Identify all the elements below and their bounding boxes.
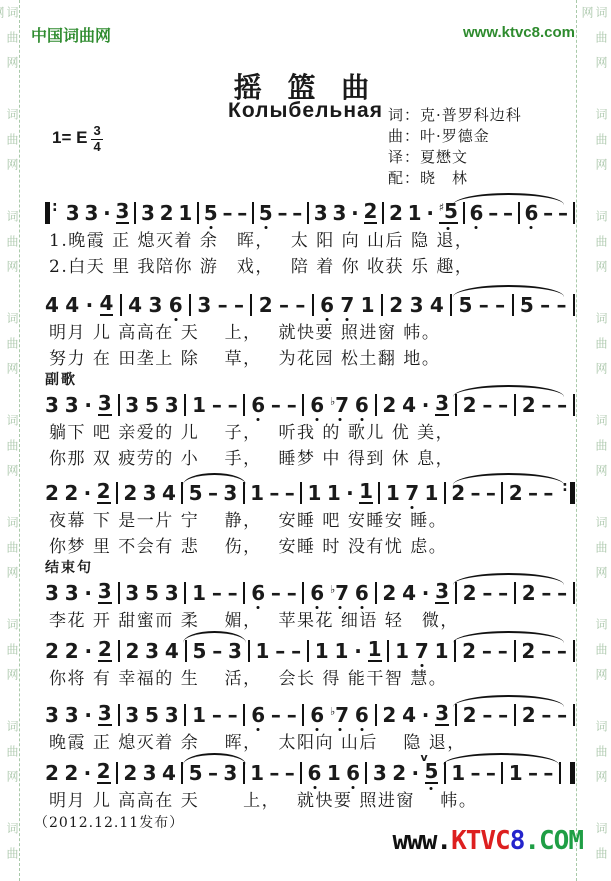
barline: [134, 202, 136, 224]
credit-lyricist: 词：克·普罗科边科: [388, 105, 522, 126]
lyric-line: 你梦 里 不会有 悲 伤， 安睡 时 没有忧 虑。: [45, 534, 575, 560]
dot: ·: [351, 202, 359, 224]
note: 3: [435, 702, 449, 726]
note: 2: [451, 482, 465, 504]
notation-line: 22·22345–31––11·11712––2––: [45, 634, 575, 664]
note: 7: [340, 294, 354, 316]
key-tonic: 1= E: [52, 128, 87, 147]
barline: [501, 762, 503, 784]
tie-arc: [453, 695, 564, 707]
note: 1: [425, 482, 439, 504]
dash: –: [482, 582, 492, 604]
dash: –: [212, 640, 222, 662]
note: 1: [408, 202, 422, 224]
right-watermark-rail: 词曲网 词曲网 词曲网 词曲网 词曲网 词曲网 词曲网 词曲网 词曲网: [592, 6, 608, 881]
note: 3: [223, 762, 237, 784]
lyric-line: 夜幕 下 是一片 宁 静， 安睡 吧 安睡安 睡。: [45, 508, 575, 534]
note: 1: [451, 762, 465, 784]
dash: –: [277, 202, 287, 224]
barline: [501, 482, 503, 504]
barline: [243, 394, 245, 416]
dash: –: [285, 762, 295, 784]
barline: [382, 202, 384, 224]
dot: ·: [84, 582, 92, 604]
note: 3: [223, 482, 237, 504]
note: 2: [392, 762, 406, 784]
note: ♭7: [330, 579, 349, 604]
lyric-line: 努力 在 田垄上 除 草， 为花园 松土翻 地。: [45, 346, 575, 372]
repeat-end-barline: [559, 482, 575, 504]
barline: [184, 704, 186, 726]
dot: ·: [412, 762, 420, 784]
dash: –: [237, 202, 247, 224]
dash: –: [488, 202, 498, 224]
dash: –: [557, 704, 567, 726]
dot: ·: [84, 704, 92, 726]
note: 1: [435, 640, 449, 662]
logo-segment: 8: [510, 826, 525, 856]
notation-line: 44·44363––2––6712345––5––: [45, 288, 575, 318]
barline: [248, 640, 250, 662]
dash: –: [271, 704, 281, 726]
dash: –: [291, 640, 301, 662]
note: 3: [228, 640, 242, 662]
dash: –: [541, 704, 551, 726]
dash: –: [234, 294, 244, 316]
dot: ·: [84, 640, 92, 662]
dash: –: [208, 482, 218, 504]
music-system: 22·22345–31––11·11712––2––你将 有 幸福的 生 活， …: [45, 634, 575, 692]
barline: [116, 482, 118, 504]
dot: ·: [422, 394, 430, 416]
site-name-link[interactable]: 中国词曲网: [31, 23, 111, 46]
barline: [185, 640, 187, 662]
note: 1: [386, 482, 400, 504]
dot: ·: [103, 202, 111, 224]
logo-segment: www.: [392, 826, 451, 856]
note: 2: [45, 762, 59, 784]
note: 5: [204, 202, 218, 224]
note: 4: [402, 704, 416, 726]
note: 2: [45, 640, 59, 662]
site-url-link[interactable]: www.ktvc8.com: [463, 24, 575, 41]
barline: [116, 762, 118, 784]
dash: –: [269, 762, 279, 784]
dash: –: [279, 294, 289, 316]
dash: –: [541, 394, 551, 416]
barline: [189, 294, 191, 316]
barline: [307, 640, 309, 662]
barline: [454, 640, 456, 662]
barline: [302, 394, 304, 416]
note: 1: [192, 582, 206, 604]
note: 6: [251, 582, 265, 604]
dash: –: [482, 704, 492, 726]
note: 4: [162, 482, 176, 504]
note: 6: [308, 762, 322, 784]
note: 3: [165, 704, 179, 726]
barline: [450, 294, 452, 316]
note: 5: [189, 482, 203, 504]
note: 3: [197, 294, 211, 316]
barline: [455, 394, 457, 416]
note: 6: [355, 704, 369, 726]
note: 5: [145, 394, 159, 416]
note: 6: [251, 394, 265, 416]
note: 6: [355, 394, 369, 416]
tie-arc: [183, 473, 247, 485]
barline: [514, 640, 516, 662]
dash: –: [287, 704, 297, 726]
note: 5: [192, 640, 206, 662]
dash: –: [558, 202, 568, 224]
dot: ·: [84, 394, 92, 416]
dash: –: [498, 582, 508, 604]
music-system: 结束句33·33531––6––6♭7624·32––2––李花 开 甜蜜而 柔…: [45, 560, 575, 634]
dash: –: [287, 582, 297, 604]
note: 2: [123, 762, 137, 784]
barline: [512, 294, 514, 316]
barline: [243, 704, 245, 726]
dash: –: [295, 294, 305, 316]
barline: [243, 762, 245, 784]
dash: –: [528, 482, 538, 504]
lyric-line: 1.晚霞 正 熄灭着 余 晖， 太 阳 向 山后 隐 退，: [45, 228, 575, 254]
note: 1: [178, 202, 192, 224]
note: 6: [169, 294, 183, 316]
dash: –: [471, 762, 481, 784]
notation-line: 33·33531––6––6♭7624·32––2––: [45, 388, 575, 418]
note: 1: [368, 638, 382, 662]
note: 3: [98, 580, 112, 604]
note: 5: [145, 704, 159, 726]
note: 3: [373, 762, 387, 784]
sheet-music-page: 词曲网 词曲网 词曲网 词曲网 词曲网 词曲网 词曲网 词曲网 词曲网 词曲网 …: [0, 0, 611, 881]
note: 3: [116, 200, 130, 224]
note: 3: [143, 482, 157, 504]
note: 4: [402, 582, 416, 604]
dot: ·: [86, 294, 94, 316]
note: 7: [415, 640, 429, 662]
note: 3: [65, 394, 79, 416]
barline: [300, 482, 302, 504]
barline: [302, 704, 304, 726]
tie-arc: [453, 193, 564, 205]
note: 6: [524, 202, 538, 224]
note: 3: [410, 294, 424, 316]
note: 1: [308, 482, 322, 504]
note: 5: [520, 294, 534, 316]
dash: –: [528, 762, 538, 784]
note: 3: [143, 762, 157, 784]
lyric-line: 2.白天 里 我陪你 游 戏， 陪 着 你 收获 乐 趣，: [45, 254, 575, 280]
dash: –: [543, 762, 553, 784]
note: 1: [359, 480, 373, 504]
barline: [243, 582, 245, 604]
note: 6: [355, 582, 369, 604]
note: 2: [382, 582, 396, 604]
note: 1: [315, 640, 329, 662]
publish-date: （2012.12.11发布）: [34, 812, 184, 832]
dash: –: [486, 482, 496, 504]
barline: [120, 294, 122, 316]
repeat-begin-barline: [45, 202, 61, 224]
music-system: 22·22345–31––11·11712––2––夜幕 下 是一片 宁 静， …: [45, 476, 575, 560]
dash: –: [269, 482, 279, 504]
meter-denominator: 4: [91, 140, 102, 154]
lyric-line: 李花 开 甜蜜而 柔 媚， 苹果花 细语 轻 微，: [45, 608, 575, 634]
note: 6: [346, 762, 360, 784]
dash: –: [275, 640, 285, 662]
note: 1: [395, 640, 409, 662]
dot: ·: [422, 582, 430, 604]
dot: ·: [84, 762, 92, 784]
dash: –: [228, 704, 238, 726]
note: 3: [314, 202, 328, 224]
note: 2: [462, 640, 476, 662]
dash: –: [498, 640, 508, 662]
dash: –: [541, 582, 551, 604]
note: 7: [405, 482, 419, 504]
lyric-line: 你将 有 幸福的 生 活， 会长 得 能干智 慧。: [45, 666, 575, 692]
right-dashed-border: [576, 0, 577, 881]
note: 3: [98, 392, 112, 416]
note: 2: [125, 640, 139, 662]
barline: [573, 704, 575, 726]
dash: –: [285, 482, 295, 504]
ktvc8-logo-link[interactable]: www.KTVC8.COM: [392, 826, 583, 856]
note: 2: [98, 638, 112, 662]
barline: [118, 394, 120, 416]
barline: [197, 202, 199, 224]
logo-segment: KTVC: [451, 826, 510, 856]
barline: [118, 582, 120, 604]
dash: –: [212, 704, 222, 726]
left-watermark-rail: 词曲网 词曲网 词曲网 词曲网 词曲网 词曲网 词曲网 词曲网 词曲网: [3, 6, 19, 881]
barline: [184, 394, 186, 416]
tie-arc: [453, 473, 564, 485]
dash: –: [228, 582, 238, 604]
dash: –: [218, 294, 228, 316]
music-systems: 33·33215––5––33·221·♯56––6––1.晚霞 正 熄灭着 余…: [45, 196, 575, 814]
barline: [375, 704, 377, 726]
note: 3: [148, 294, 162, 316]
note: 1: [334, 640, 348, 662]
note: 6: [470, 202, 484, 224]
notation-line: 33·33531––6––6♭7624·32––2––: [45, 576, 575, 606]
barline: [118, 704, 120, 726]
note: 3: [45, 394, 59, 416]
barline: [250, 294, 252, 316]
barline: [378, 482, 380, 504]
dash: –: [540, 294, 550, 316]
lyric-line: 你那 双 疲劳的 小 手， 睡梦 中 得到 休 息，: [45, 446, 575, 472]
note: 1: [361, 294, 375, 316]
note: 6: [251, 704, 265, 726]
note: 3: [45, 582, 59, 604]
dash: –: [498, 394, 508, 416]
credits-block: 词：克·普罗科边科 曲：叶·罗德金 译：夏懋文 配：晓 林: [388, 105, 522, 189]
note: 3: [435, 580, 449, 604]
note: 2: [64, 482, 78, 504]
logo-segment: .COM: [524, 826, 583, 856]
note: 3: [98, 702, 112, 726]
dash: –: [486, 762, 496, 784]
dash: –: [228, 394, 238, 416]
note: 6: [310, 394, 324, 416]
barline: [300, 762, 302, 784]
note: 4: [65, 294, 79, 316]
note: 1: [250, 482, 264, 504]
music-system: 副歌33·33531––6––6♭7624·32––2––躺下 吧 亲爱的 儿 …: [45, 372, 575, 472]
dot: ·: [422, 704, 430, 726]
music-system: 33·33215––5––33·221·♯56––6––1.晚霞 正 熄灭着 余…: [45, 196, 575, 280]
note: 3: [65, 704, 79, 726]
dash: –: [495, 294, 505, 316]
note: 3: [125, 394, 139, 416]
meter-numerator: 3: [91, 124, 102, 140]
barline: [573, 294, 575, 316]
note: 2: [45, 482, 59, 504]
dash: –: [479, 294, 489, 316]
barline: [302, 582, 304, 604]
tie-arc: [453, 285, 564, 297]
music-system: 44·44363––2––6712345––5––明月 儿 高高在 天 上， 就…: [45, 288, 575, 372]
dash: –: [557, 640, 567, 662]
barline: [514, 704, 516, 726]
music-system: 33·33531––6––6♭7624·32––2––晚霞 正 熄灭着 余 晖，…: [45, 698, 575, 756]
dash: –: [498, 704, 508, 726]
notation-line: 33·33215––5––33·221·♯56––6––: [45, 196, 575, 226]
note: 2: [522, 704, 536, 726]
note: 2: [463, 704, 477, 726]
note: 6: [320, 294, 334, 316]
dash: –: [482, 640, 492, 662]
key-signature: 1= E34: [52, 124, 103, 153]
note: 2: [123, 482, 137, 504]
note: 3: [125, 582, 139, 604]
barline: [518, 202, 520, 224]
barline: [181, 762, 183, 784]
note: 2: [160, 202, 174, 224]
barline: [381, 294, 383, 316]
note: 6: [310, 704, 324, 726]
notation-line: 22·22345–31––11·11712––2––: [45, 476, 575, 506]
note: 5: [259, 202, 273, 224]
note: 4: [45, 294, 59, 316]
note: 4: [162, 762, 176, 784]
note: 2: [259, 294, 273, 316]
dash: –: [543, 482, 553, 504]
note: 2: [64, 762, 78, 784]
dash: –: [292, 202, 302, 224]
note: 4: [165, 640, 179, 662]
barline: [252, 202, 254, 224]
note: 3: [66, 202, 80, 224]
dash: –: [482, 394, 492, 416]
barline: [375, 394, 377, 416]
note: 6: [310, 582, 324, 604]
note: 2: [382, 394, 396, 416]
note: 3: [435, 392, 449, 416]
music-system: 22·22345–31––61632·v51––1––明月 儿 高高在 天 上，…: [45, 756, 575, 814]
barline: [455, 704, 457, 726]
final-barline: [559, 762, 575, 784]
barline: [444, 762, 446, 784]
dash: –: [471, 482, 481, 504]
note: 3: [165, 394, 179, 416]
dash: –: [557, 294, 567, 316]
note: 2: [463, 582, 477, 604]
barline: [573, 394, 575, 416]
barline: [463, 202, 465, 224]
lyric-line: 明月 儿 高高在 天 上， 就快要 照进窗 帏。: [45, 320, 575, 346]
barline: [118, 640, 120, 662]
dash: –: [271, 394, 281, 416]
note: 2: [97, 480, 111, 504]
lyric-line: 躺下 吧 亲爱的 儿 子， 听我 的 歌儿 优 美，: [45, 420, 575, 446]
notation-line: 22·22345–31––61632·v51––1––: [45, 756, 575, 786]
note: 2: [65, 640, 79, 662]
notation-line: 33·33531––6––6♭7624·32––2––: [45, 698, 575, 728]
dash: –: [557, 582, 567, 604]
dash: –: [543, 202, 553, 224]
note: 3: [125, 704, 139, 726]
barline: [181, 482, 183, 504]
note: 1: [327, 482, 341, 504]
dash: –: [212, 582, 222, 604]
note: 2: [522, 394, 536, 416]
barline: [444, 482, 446, 504]
note: 1: [327, 762, 341, 784]
note: 3: [165, 582, 179, 604]
dash: –: [557, 394, 567, 416]
note: 3: [65, 582, 79, 604]
note: 2: [522, 582, 536, 604]
barline: [573, 582, 575, 604]
note: 4: [100, 292, 114, 316]
barline: [514, 394, 516, 416]
dash: –: [271, 582, 281, 604]
dot: ·: [346, 482, 354, 504]
note: 2: [463, 394, 477, 416]
dash: –: [212, 394, 222, 416]
barline: [387, 640, 389, 662]
dash: –: [541, 640, 551, 662]
dot: ·: [426, 202, 434, 224]
note: 4: [128, 294, 142, 316]
note: 5: [145, 582, 159, 604]
barline: [573, 640, 575, 662]
time-signature: 34: [91, 124, 102, 153]
note: 2: [382, 704, 396, 726]
note: 3: [145, 640, 159, 662]
note: 2: [364, 200, 378, 224]
note: 5: [459, 294, 473, 316]
dash: –: [222, 202, 232, 224]
barline: [184, 582, 186, 604]
barline: [243, 482, 245, 504]
dash: –: [287, 394, 297, 416]
credit-composer: 曲：叶·罗德金: [388, 126, 522, 147]
dot: ·: [84, 482, 92, 504]
barline: [307, 202, 309, 224]
dot: ·: [354, 640, 362, 662]
barline: [312, 294, 314, 316]
note: 2: [509, 482, 523, 504]
barline: [365, 762, 367, 784]
credit-arranger: 配：晓 林: [388, 168, 522, 189]
